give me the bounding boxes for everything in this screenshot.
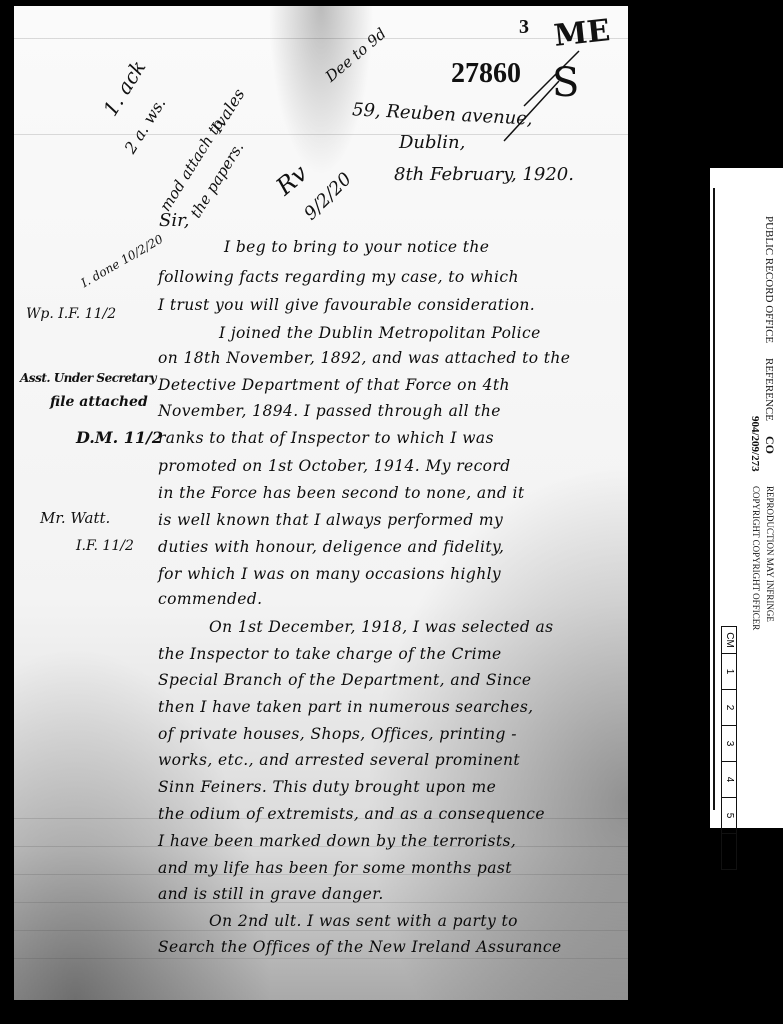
body-line: and is still in grave danger. (158, 885, 384, 903)
folio-number: 3 (519, 16, 529, 39)
archive-office: PUBLIC RECORD OFFICE (763, 216, 775, 343)
archive-reference-label: PUBLIC RECORD OFFICE REFERENCE CO 904/20… (710, 168, 783, 828)
margin-note: D.M. 11/2 (76, 428, 163, 447)
body-line: works, etc., and arrested several promin… (158, 751, 520, 769)
slash-mark (484, 46, 594, 146)
body-line: then I have taken part in numerous searc… (158, 698, 534, 716)
body-line: November, 1894. I passed through all the (158, 402, 501, 420)
body-line: commended. (158, 590, 263, 608)
body-line: of private houses, Shops, Offices, print… (158, 725, 517, 743)
address-line2: Dublin, (399, 132, 465, 153)
body-line: and my life has been for some months pas… (158, 859, 512, 877)
body-line: promoted on 1st October, 1914. My record (158, 457, 511, 475)
scale-mark: 1 (722, 653, 736, 689)
body-line: I beg to bring to your notice the (224, 238, 489, 256)
margin-note: I. done 10/2/20 (79, 232, 166, 290)
body-line: the Inspector to take charge of the Crim… (158, 645, 502, 663)
body-line: the odium of extremists, and as a conseq… (158, 805, 545, 823)
copyright-notice-1: REPRODUCTION MAY INFRINGE (765, 486, 775, 622)
body-line: Special Branch of the Department, and Si… (158, 671, 531, 689)
copyright-notice-2: COPYRIGHT COPYRIGHT OFFICER (751, 486, 761, 630)
body-line: in the Force has been second to none, an… (158, 484, 525, 502)
body-line: Search the Offices of the New Ireland As… (158, 938, 562, 956)
label-divider (713, 188, 715, 810)
letter-date: 8th February, 1920. (394, 164, 574, 185)
annotation-initial: Rv (271, 159, 313, 201)
scale-mark: 2 (722, 689, 736, 725)
annotation-6: Dee to 9d (322, 24, 390, 85)
body-line: I joined the Dublin Metropolitan Police (219, 324, 541, 342)
salutation: Sir, (159, 210, 189, 231)
reference-label: REFERENCE (763, 358, 775, 421)
scale-unit: CM (722, 626, 736, 653)
body-line: I trust you will give favourable conside… (158, 296, 535, 314)
body-line: I have been marked down by the terrorist… (158, 832, 516, 850)
scale-mark: 6 (722, 833, 736, 869)
margin-note: Asst. Under Secretary (20, 371, 156, 385)
scale-mark: 3 (722, 725, 736, 761)
margin-note: file attached (50, 394, 148, 410)
scale-mark: 5 (722, 797, 736, 833)
margin-note: I.F. 11/2 (76, 538, 134, 554)
body-line: On 2nd ult. I was sent with a party to (209, 912, 518, 930)
body-line: ranks to that of Inspector to which I wa… (158, 429, 494, 447)
body-line: Detective Department of that Force on 4t… (158, 376, 510, 394)
ruled-line (14, 958, 628, 959)
margin-note: Wp. I.F. 11/2 (26, 306, 116, 322)
body-line: on 18th November, 1892, and was attached… (158, 349, 570, 367)
reference-piece: 904/209/273 (749, 416, 761, 472)
ruled-line (14, 38, 628, 39)
letter-page: 3 27860 S ME 1. ack 2 a. ws. Ivales mod … (14, 6, 628, 1000)
body-line: Sinn Feiners. This duty brought upon me (158, 778, 496, 796)
body-line: On 1st December, 1918, I was selected as (209, 618, 554, 636)
body-line: for which I was on many occasions highly (158, 565, 501, 583)
reference-series: CO (762, 436, 777, 454)
ruled-line (14, 930, 628, 931)
body-line: following facts regarding my case, to wh… (158, 268, 519, 286)
scale-mark: 4 (722, 761, 736, 797)
cm-scale-bar: CM 1 2 3 4 5 6 (721, 626, 737, 870)
margin-note: Mr. Watt. (40, 509, 110, 527)
body-line: is well known that I always performed my (158, 511, 503, 529)
body-line: duties with honour, deligence and fideli… (158, 538, 504, 556)
